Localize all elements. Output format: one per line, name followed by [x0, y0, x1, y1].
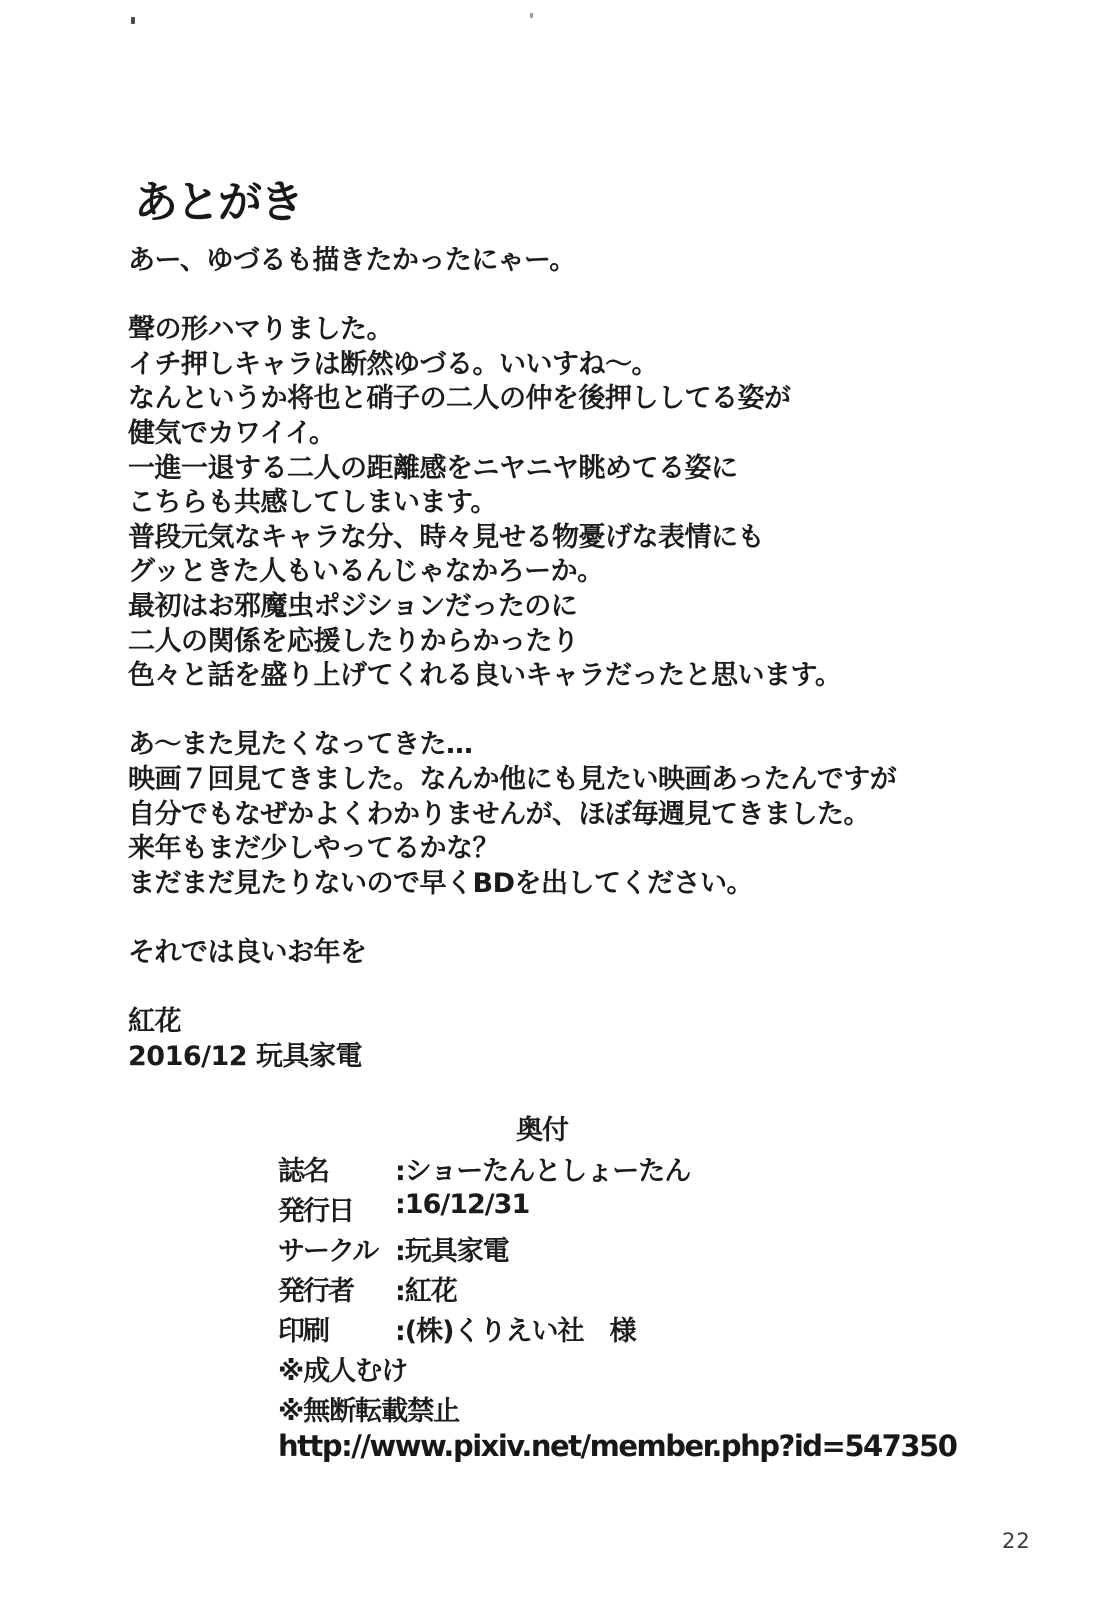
text-line: なんというか将也と硝子の二人の仲を後押ししてる姿が — [128, 382, 896, 417]
text-line: 普段元気なキャラな分、時々見せる物憂げな表情にも — [128, 521, 896, 556]
text-line: 最初はお邪魔虫ポジションだったのに — [128, 590, 896, 625]
colophon-value: :(株)くりえい社 様 — [395, 1309, 635, 1348]
colophon-value: :紅花 — [395, 1269, 457, 1308]
colophon-value: :玩具家電 — [395, 1229, 509, 1268]
author-name: 紅花 — [128, 1005, 896, 1040]
text-line — [128, 901, 896, 936]
signature-line: それでは良いお年を — [128, 936, 896, 971]
colophon-row-publish-date: 発行日 :16/12/31 — [278, 1189, 956, 1229]
text-line: あー、ゆづるも描きたかったにゃー。 — [128, 244, 896, 279]
text-line: 一進一退する二人の距離感をニヤニヤ眺めてる姿に — [128, 452, 896, 487]
text-line: まだまだ見たりないので早くBDを出してください。 — [128, 867, 896, 902]
colophon-label: 発行日 — [278, 1189, 395, 1228]
colophon-row-circle: サークル :玩具家電 — [278, 1229, 956, 1269]
text-line — [128, 279, 896, 314]
colophon-label: 発行者 — [278, 1269, 395, 1308]
text-line: 健気でカワイイ。 — [128, 417, 896, 452]
text-line: こちらも共感してしまいます。 — [128, 486, 896, 521]
text-line: 聲の形ハマりました。 — [128, 313, 896, 348]
pixiv-url: http://www.pixiv.net/member.php?id=54735… — [278, 1429, 956, 1469]
text-line: イチ押しキャラは断然ゆづる。いいすね〜。 — [128, 348, 896, 383]
colophon-label: 誌名 — [278, 1149, 395, 1188]
text-line: 映画７回見てきました。なんか他にも見たい映画あったんですが — [128, 763, 896, 798]
adult-content-note: ※成人むけ — [278, 1349, 956, 1389]
page-title: あとがき — [134, 166, 302, 230]
colophon-row-publisher: 発行者 :紅花 — [278, 1269, 956, 1309]
page-number: 22 — [1002, 1529, 1031, 1553]
text-line — [128, 694, 896, 729]
text-line: 二人の関係を応援したりからかったり — [128, 625, 896, 660]
afterword-body: あー、ゆづるも描きたかったにゃー。 聲の形ハマりました。 イチ押しキャラは断然ゆ… — [128, 244, 896, 1074]
colophon-value: :ショーたんとしょーたん — [395, 1149, 690, 1188]
colophon-heading: 奥付 — [278, 1108, 956, 1149]
date-circle-line: 2016/12 玩具家電 — [128, 1040, 896, 1075]
scan-artifact-speck — [530, 13, 533, 18]
colophon-label: 印刷 — [278, 1309, 395, 1348]
colophon-row-printer: 印刷 :(株)くりえい社 様 — [278, 1309, 956, 1349]
text-line: 自分でもなぜかよくわかりませんが、ほぼ毎週見てきました。 — [128, 798, 896, 833]
colophon-value: :16/12/31 — [395, 1189, 529, 1220]
scan-artifact-speck — [131, 17, 135, 24]
text-line: グッときた人もいるんじゃなかろーか。 — [128, 555, 896, 590]
text-line: 来年もまだ少しやってるかな？ — [128, 832, 896, 867]
text-line — [128, 970, 896, 1005]
text-line: 色々と話を盛り上げてくれる良いキャラだったと思います。 — [128, 659, 896, 694]
text-line: あ〜また見たくなってきた… — [128, 728, 896, 763]
colophon-row-title: 誌名 :ショーたんとしょーたん — [278, 1149, 956, 1189]
scanned-afterword-page: あとがき あー、ゆづるも描きたかったにゃー。 聲の形ハマりました。 イチ押しキャ… — [0, 0, 1100, 1600]
colophon-label: サークル — [278, 1229, 395, 1268]
no-reprint-note: ※無断転載禁止 — [278, 1389, 956, 1429]
colophon: 奥付 誌名 :ショーたんとしょーたん 発行日 :16/12/31 サークル :玩… — [278, 1108, 956, 1469]
